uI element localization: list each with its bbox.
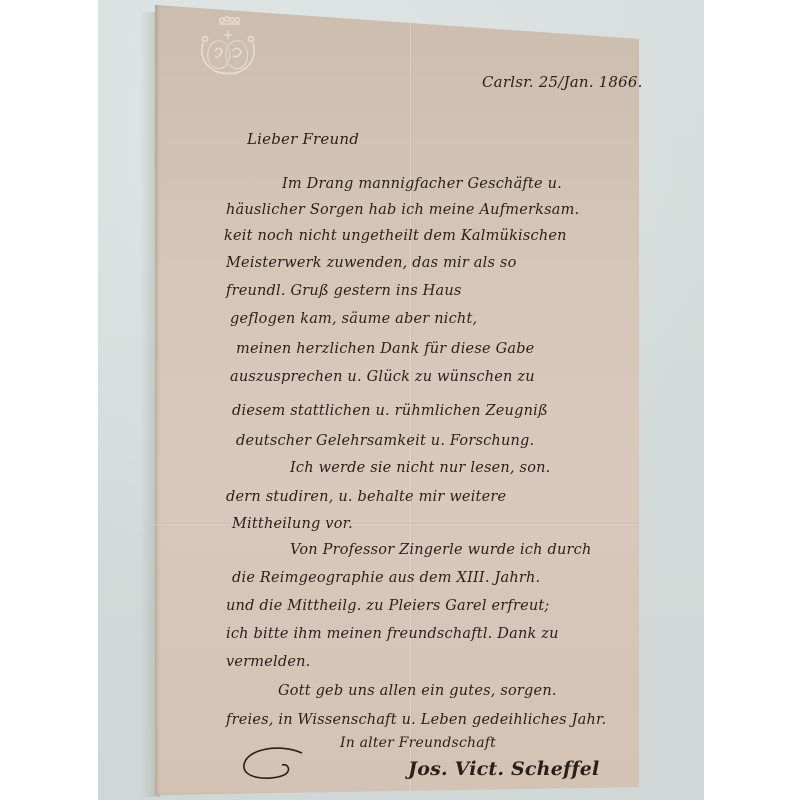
body-line: diesem stattlichen u. rühmlichen Zeugniß [232, 403, 548, 419]
date-line: Carlsr. 25/Jan. 1866. [482, 73, 643, 91]
body-line: freies, in Wissenschaft u. Leben gedeihl… [226, 712, 606, 728]
body-line: Mittheilung vor. [232, 516, 353, 532]
letter-sheet [155, 5, 639, 795]
body-line: Im Drang mannigfacher Geschäfte u. [282, 176, 562, 192]
vertical-fold-line [410, 5, 412, 795]
body-line: meinen herzlichen Dank für diese Gabe [236, 341, 534, 357]
body-line: und die Mittheilg. zu Pleiers Garel erfr… [226, 598, 550, 614]
body-line: geflogen kam, säume aber nicht, [230, 311, 477, 327]
signature: Jos. Vict. Scheffel [408, 758, 599, 780]
body-line: dern studiren, u. behalte mir weitere [226, 489, 506, 505]
horizontal-fold-line [155, 523, 639, 525]
signature-flourish-icon [240, 745, 310, 783]
body-line: vermelden. [226, 654, 310, 670]
body-line: deutscher Gelehrsamkeit u. Forschung. [236, 433, 534, 449]
body-line: Gott geb uns allen ein gutes, sorgen. [278, 683, 557, 699]
closing-line: In alter Freundschaft [340, 735, 496, 751]
body-line: die Reimgeographie aus dem XIII. Jahrh. [232, 570, 540, 586]
body-line: freundl. Gruß gestern ins Haus [226, 283, 462, 299]
body-line: auszusprechen u. Glück zu wünschen zu [230, 369, 535, 385]
body-line: keit noch nicht ungetheilt dem Kalmükisc… [224, 228, 567, 244]
body-line: häuslicher Sorgen hab ich meine Aufmerks… [226, 202, 579, 218]
body-line: ich bitte ihm meinen freundschaftl. Dank… [226, 626, 559, 642]
embossed-crest-icon [197, 15, 257, 81]
body-line: Von Professor Zingerle wurde ich durch [290, 542, 591, 558]
body-line: Ich werde sie nicht nur lesen, son. [290, 460, 550, 476]
body-line: Meisterwerk zuwenden, das mir als so [226, 255, 517, 271]
salutation: Lieber Freund [247, 130, 359, 148]
